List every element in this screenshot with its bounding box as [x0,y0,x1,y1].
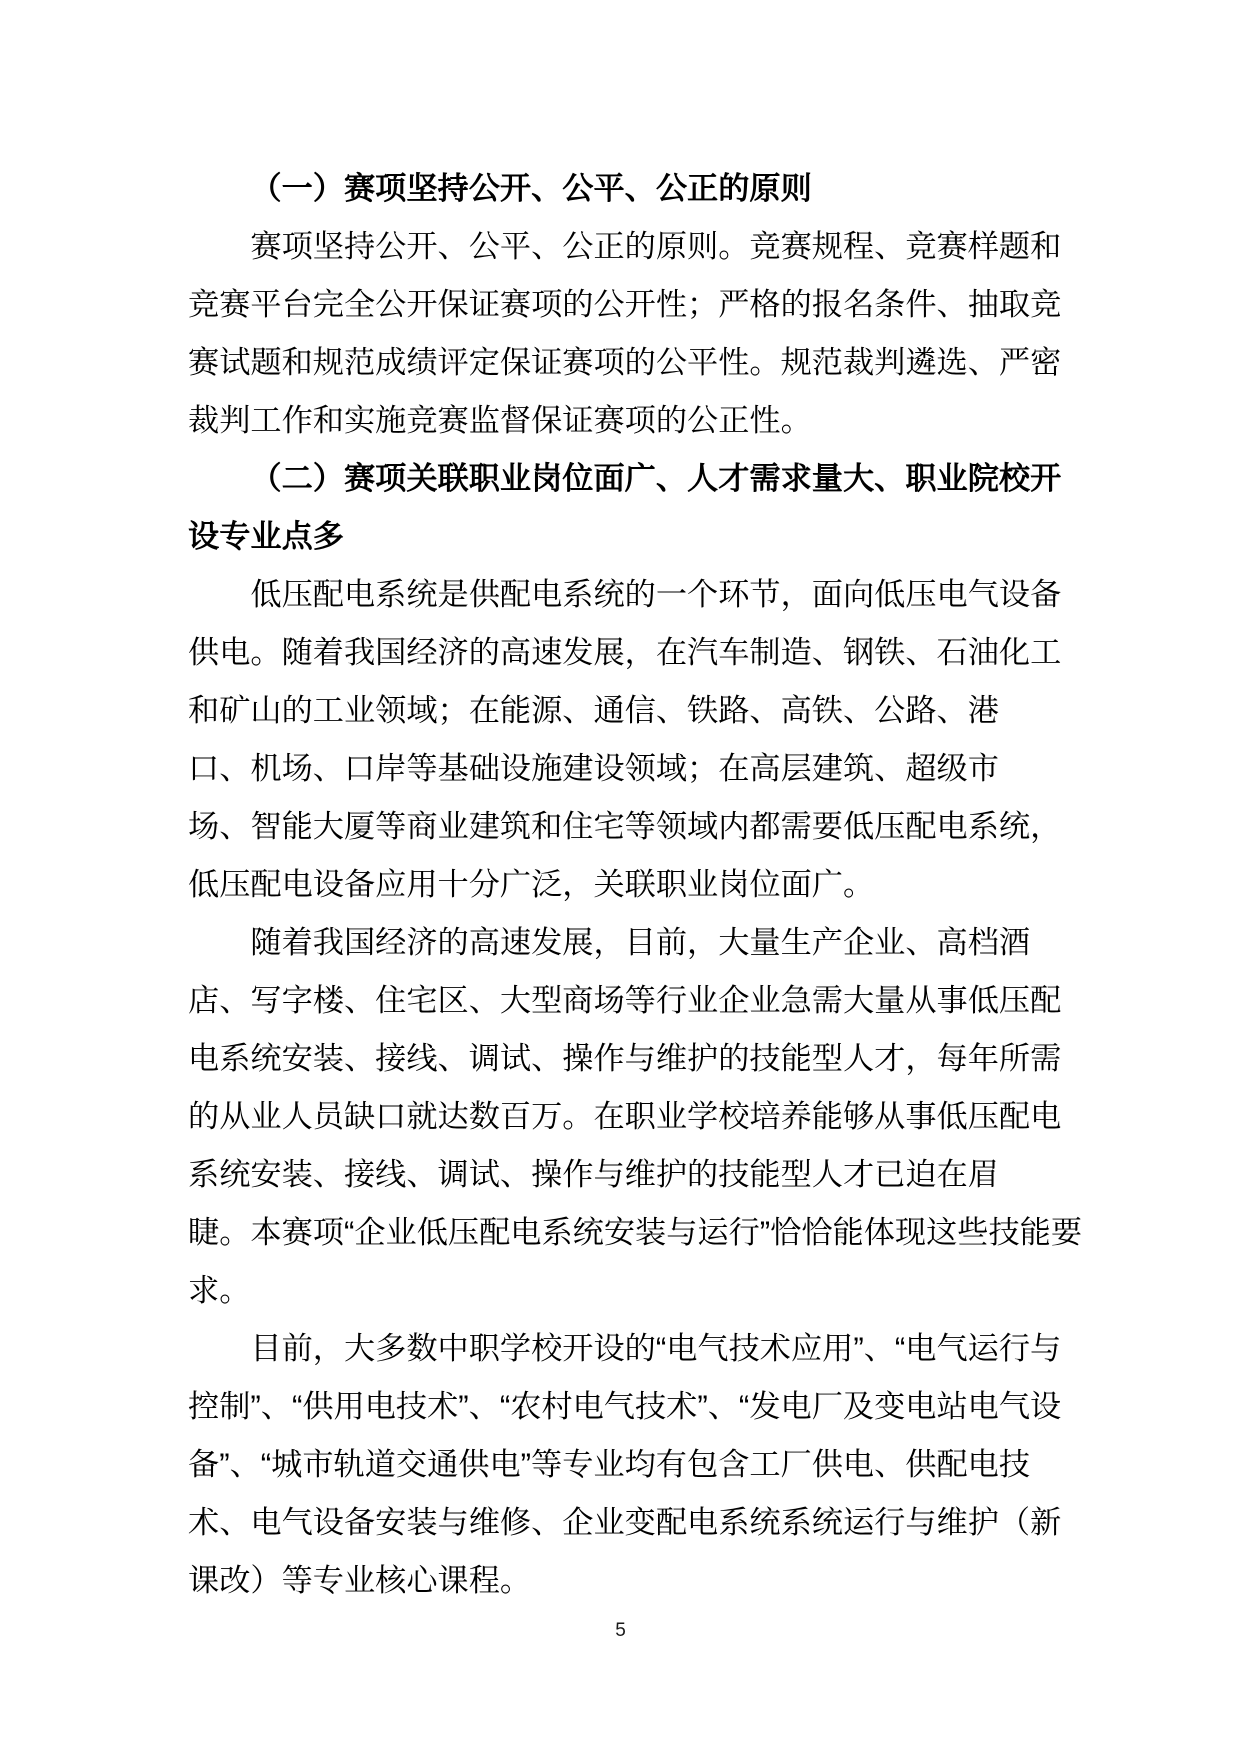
text-line: 系统安装、接线、调试、操作与维护的技能型人才已迫在眉 [188,1146,1068,1204]
paragraph: 目前，大多数中职学校开设的“电气技术应用”、“电气运行与控制”、“供用电技术”、… [188,1320,1068,1610]
heading-line: （一）赛项坚持公开、公平、公正的原则 [188,160,1068,218]
text-line: 低压配电系统是供配电系统的一个环节，面向低压电气设备 [188,566,1068,624]
document-body: （一）赛项坚持公开、公平、公正的原则赛项坚持公开、公平、公正的原则。竞赛规程、竞… [188,160,1068,1610]
text-line: 备”、“城市轨道交通供电”等专业均有包含工厂供电、供配电技 [188,1436,1068,1494]
paragraph: 低压配电系统是供配电系统的一个环节，面向低压电气设备供电。随着我国经济的高速发展… [188,566,1068,914]
document-page: （一）赛项坚持公开、公平、公正的原则赛项坚持公开、公平、公正的原则。竞赛规程、竞… [0,0,1241,1754]
heading-line: 设专业点多 [188,508,1068,566]
page-number: 5 [0,1620,1241,1642]
text-line: 竞赛平台完全公开保证赛项的公开性；严格的报名条件、抽取竞 [188,276,1068,334]
text-line: 裁判工作和实施竞赛监督保证赛项的公正性。 [188,392,1068,450]
text-line: 术、电气设备安装与维修、企业变配电系统系统运行与维护（新 [188,1494,1068,1552]
text-line: 供电。随着我国经济的高速发展，在汽车制造、钢铁、石油化工 [188,624,1068,682]
text-line: 和矿山的工业领域；在能源、通信、铁路、高铁、公路、港 [188,682,1068,740]
text-line: 的从业人员缺口就达数百万。在职业学校培养能够从事低压配电 [188,1088,1068,1146]
text-line: 睫。本赛项“企业低压配电系统安装与运行”恰恰能体现这些技能要 [188,1204,1068,1262]
heading-line: （二）赛项关联职业岗位面广、人才需求量大、职业院校开 [188,450,1068,508]
text-line: 电系统安装、接线、调试、操作与维护的技能型人才，每年所需 [188,1030,1068,1088]
text-line: 赛项坚持公开、公平、公正的原则。竞赛规程、竞赛样题和 [188,218,1068,276]
text-line: 目前，大多数中职学校开设的“电气技术应用”、“电气运行与 [188,1320,1068,1378]
text-line: 低压配电设备应用十分广泛，关联职业岗位面广。 [188,856,1068,914]
text-line: 控制”、“供用电技术”、“农村电气技术”、“发电厂及变电站电气设 [188,1378,1068,1436]
paragraph: 随着我国经济的高速发展，目前，大量生产企业、高档酒店、写字楼、住宅区、大型商场等… [188,914,1068,1320]
text-line: 课改）等专业核心课程。 [188,1552,1068,1610]
text-line: 口、机场、口岸等基础设施建设领域；在高层建筑、超级市 [188,740,1068,798]
text-line: 店、写字楼、住宅区、大型商场等行业企业急需大量从事低压配 [188,972,1068,1030]
section-heading: （二）赛项关联职业岗位面广、人才需求量大、职业院校开设专业点多 [188,450,1068,566]
text-line: 赛试题和规范成绩评定保证赛项的公平性。规范裁判遴选、严密 [188,334,1068,392]
text-line: 求。 [188,1262,1068,1320]
text-line: 场、智能大厦等商业建筑和住宅等领域内都需要低压配电系统， [188,798,1068,856]
text-line: 随着我国经济的高速发展，目前，大量生产企业、高档酒 [188,914,1068,972]
paragraph: 赛项坚持公开、公平、公正的原则。竞赛规程、竞赛样题和竞赛平台完全公开保证赛项的公… [188,218,1068,450]
section-heading: （一）赛项坚持公开、公平、公正的原则 [188,160,1068,218]
